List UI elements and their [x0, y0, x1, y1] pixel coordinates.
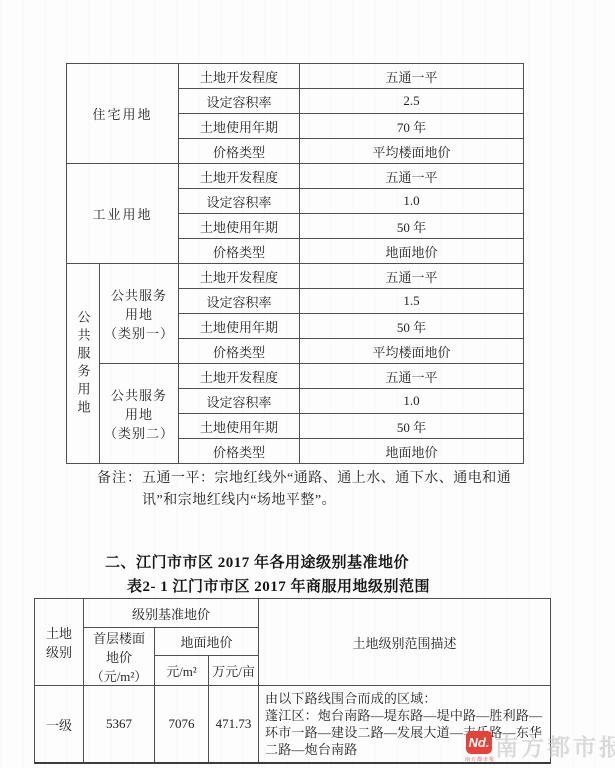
nd-press-logo-icon: Nd.: [466, 731, 492, 754]
category-cell-public-service-group: 公共服务用地: [67, 264, 100, 464]
attr-label-cell: 价格类型: [179, 139, 300, 164]
section-heading: 二、江门市市区 2017 年各用途级别基准地价: [105, 551, 409, 572]
table-row: 公共服务用地 公共服务 用地 （类别一） 土地开发程度 五通一平: [67, 264, 524, 289]
floor-price-cell: 5367: [84, 686, 155, 764]
header-floor-price: 首层楼面 地价 （元/m²）: [84, 628, 155, 686]
attr-label-cell: 设定容积率: [179, 89, 300, 114]
attr-value-cell: 平均楼面地价: [300, 339, 524, 364]
nd-logo-text: Nd.: [469, 735, 490, 750]
attr-value-cell: 五通一平: [300, 164, 524, 189]
land-use-conditions-table: 住宅用地 土地开发程度 五通一平 设定容积率 2.5 土地使用年期 70 年 价…: [66, 63, 524, 464]
header-grade-benchmark-price: 级别基准地价: [84, 599, 259, 628]
attr-label-cell: 土地使用年期: [179, 414, 300, 439]
attr-label-cell: 土地开发程度: [179, 64, 300, 89]
attr-value-cell: 五通一平: [300, 364, 524, 389]
attr-value-cell: 平均楼面地价: [300, 139, 524, 164]
header-row: 土地 级别 级别基准地价 土地级别范围描述: [35, 599, 551, 628]
attr-label-cell: 设定容积率: [179, 189, 300, 214]
table-row: 公共服务 用地 （类别二） 土地开发程度 五通一平: [67, 364, 524, 389]
attr-label-cell: 土地使用年期: [179, 114, 300, 139]
scanned-document-page: 住宅用地 土地开发程度 五通一平 设定容积率 2.5 土地使用年期 70 年 价…: [0, 0, 615, 768]
header-unit-yuan-sqm: 元/m²: [155, 656, 209, 686]
footnote-label: 备注：: [97, 468, 142, 512]
attr-value-cell: 2.5: [300, 89, 524, 114]
attr-label-cell: 土地使用年期: [179, 214, 300, 239]
footnote-text: 五通一平：宗地红线外“通路、通上水、通下水、通电和通 讯”和宗地红线内“场地平整…: [142, 468, 537, 512]
header-ground-price: 地面地价: [155, 628, 259, 656]
category-cell-public-service-1: 公共服务 用地 （类别一）: [100, 264, 179, 364]
attr-value-cell: 1.5: [300, 289, 524, 314]
category-cell-residential: 住宅用地: [67, 64, 179, 164]
attr-label-cell: 设定容积率: [179, 289, 300, 314]
grade-cell: 一级: [35, 686, 84, 764]
attr-label-cell: 土地使用年期: [179, 314, 300, 339]
category-cell-industrial: 工业用地: [67, 164, 179, 264]
attr-value-cell: 地面地价: [300, 439, 524, 464]
ground-price-sqm-cell: 7076: [155, 686, 209, 764]
attr-value-cell: 五通一平: [300, 64, 524, 89]
ground-price-mu-cell: 471.73: [209, 686, 259, 764]
category-cell-public-service-2: 公共服务 用地 （类别二）: [100, 364, 179, 464]
header-range-description: 土地级别范围描述: [259, 599, 551, 686]
attr-label-cell: 价格类型: [179, 439, 300, 464]
watermark-press-name: 南方都市报: [495, 729, 615, 762]
attr-value-cell: 1.0: [300, 389, 524, 414]
attr-value-cell: 1.0: [300, 189, 524, 214]
attr-label-cell: 设定容积率: [179, 389, 300, 414]
attr-value-cell: 50 年: [300, 414, 524, 439]
watermark-small-caption: 南方都市报: [465, 756, 495, 763]
header-land-grade: 土地 级别: [35, 599, 84, 686]
table-row: 住宅用地 土地开发程度 五通一平: [67, 64, 524, 89]
attr-label-cell: 土地开发程度: [179, 364, 300, 389]
attr-label-cell: 价格类型: [179, 239, 300, 264]
attr-value-cell: 五通一平: [300, 264, 524, 289]
header-unit-wanyuan-mu: 万元/亩: [209, 656, 259, 686]
table-footnote: 备注： 五通一平：宗地红线外“通路、通上水、通下水、通电和通 讯”和宗地红线内“…: [97, 468, 537, 512]
attr-value-cell: 70 年: [300, 114, 524, 139]
table-row: 工业用地 土地开发程度 五通一平: [67, 164, 524, 189]
table2-caption: 表2- 1 江门市市区 2017 年商服用地级别范围: [127, 575, 430, 596]
attr-label-cell: 土地开发程度: [179, 264, 300, 289]
attr-value-cell: 50 年: [300, 214, 524, 239]
attr-label-cell: 价格类型: [179, 339, 300, 364]
attr-label-cell: 土地开发程度: [179, 164, 300, 189]
attr-value-cell: 50 年: [300, 314, 524, 339]
attr-value-cell: 地面地价: [300, 239, 524, 264]
